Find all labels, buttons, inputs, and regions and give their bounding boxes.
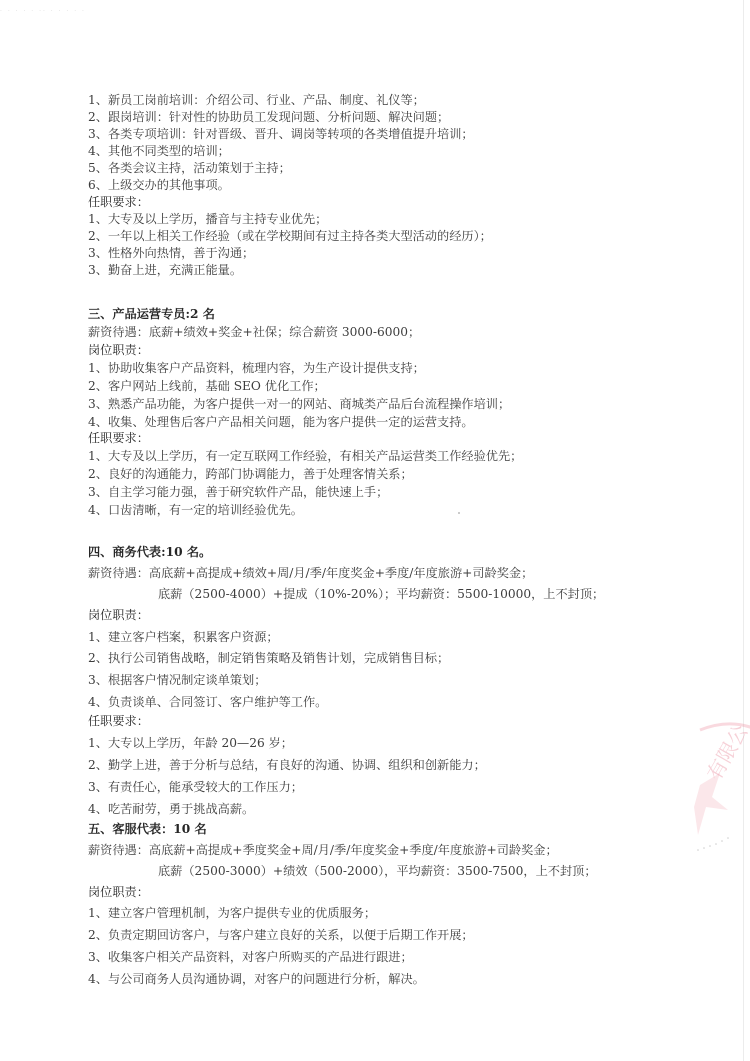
duty-item: 1、建立客户档案，积累客户资源； xyxy=(88,629,279,646)
duty-item: 2、客户网站上线前，基础 SEO 优化工作； xyxy=(88,378,326,395)
section-title: 五、客服代表：10 名 xyxy=(88,821,207,838)
salary-line: 薪资待遇：高底薪+高提成+绩效+周/月/季/年度奖金+季度/年度旅游+司龄奖金； xyxy=(88,565,533,582)
salary-line: 薪资待遇：高底薪+高提成+季度奖金+周/月/季/年度奖金+季度/年度旅游+司龄奖… xyxy=(88,842,558,859)
duty-item: 3、收集客户相关产品资料，对客户所购买的产品进行跟进； xyxy=(88,949,413,966)
requirement-item: 3、有责任心，能承受较大的工作压力； xyxy=(88,779,303,796)
duty-item: 5、各类会议主持，活动策划于主持； xyxy=(88,160,291,177)
seal-circle-icon xyxy=(690,715,750,865)
salary-line-detail: 底薪（2500-3000）+绩效（500-2000），平均薪资：3500-750… xyxy=(158,863,597,880)
requirement-item: 2、良好的沟通能力，跨部门协调能力，善于处理客情关系； xyxy=(88,466,413,483)
requirement-item: 2、勤学上进，善于分析与总结，有良好的沟通、协调、组织和创新能力； xyxy=(88,757,486,774)
duty-item: 2、跟岗培训：针对性的协助员工发现问题、分析问题、解决问题； xyxy=(88,109,449,126)
duty-item: 4、负责谈单、合同签订、客户维护等工作。 xyxy=(88,694,327,711)
requirements-label: 任职要求： xyxy=(88,713,149,730)
duty-item: 2、负责定期回访客户，与客户建立良好的关系，以便于后期工作开展； xyxy=(88,927,474,944)
requirement-item: 4、口齿清晰，有一定的培训经验优先。 xyxy=(88,502,303,519)
duties-label: 岗位职责： xyxy=(88,884,149,901)
scan-speck xyxy=(458,512,460,514)
salary-line-detail: 底薪（2500-4000）+提成（10%-20%）；平均薪资：5500-1000… xyxy=(158,586,604,603)
requirement-item: 3、勤奋上进，充满正能量。 xyxy=(88,262,242,279)
duty-item: 3、各类专项培训：针对晋级、晋升、调岗等转项的各类增值提升培训； xyxy=(88,126,474,143)
requirement-item: 4、吃苦耐劳，勇于挑战高薪。 xyxy=(88,801,254,818)
scanned-document-page: · · · · · ·· · · · · · 1、新员工岗前培训：介绍公司、行业… xyxy=(0,0,750,1061)
requirement-item: 2、一年以上相关工作经验（或在学校期间有过主持各类大型活动的经历）； xyxy=(88,228,492,245)
requirement-item: 3、自主学习能力强，善于研究软件产品，能快速上手； xyxy=(88,484,388,501)
duty-item: 1、协助收集客户产品资料，梳理内容，为生产设计提供支持； xyxy=(88,360,425,377)
requirements-label: 任职要求： xyxy=(88,194,149,211)
duty-item: 1、新员工岗前培训：介绍公司、行业、产品、制度、礼仪等； xyxy=(88,92,425,109)
duties-label: 岗位职责： xyxy=(88,607,149,624)
duty-item: 3、根据客户情况制定谈单策划； xyxy=(88,672,266,689)
requirements-label: 任职要求： xyxy=(88,430,149,447)
scan-noise: · · · · · ·· · · · · · xyxy=(0,8,740,14)
duty-item: 4、其他不同类型的培训； xyxy=(88,143,230,160)
section-title: 四、商务代表:10 名。 xyxy=(88,544,211,561)
requirement-item: 1、大专及以上学历，播音与主持专业优先； xyxy=(88,211,327,228)
salary-line: 薪资待遇：底薪+绩效+奖金+社保；综合薪资 3000-6000； xyxy=(88,324,420,341)
section-title: 三、产品运营专员:2 名 xyxy=(88,306,215,323)
duty-item: 4、与公司商务人员沟通协调，对客户的问题进行分析，解决。 xyxy=(88,971,425,988)
duty-item: 4、收集、处理售后客户产品相关问题，能为客户提供一定的运营支持。 xyxy=(88,414,474,431)
duty-item: 3、熟悉产品功能，为客户提供一对一的网站、商城类产品后台流程操作培训； xyxy=(88,396,510,413)
requirement-item: 1、大专以上学历，年龄 20—26 岁； xyxy=(88,735,293,752)
requirement-item: 1、大专及以上学历，有一定互联网工作经验，有相关产品运营类工作经验优先； xyxy=(88,448,522,465)
duty-item: 1、建立客户管理机制，为客户提供专业的优质服务； xyxy=(88,905,376,922)
page-edge xyxy=(743,0,744,1061)
duties-label: 岗位职责： xyxy=(88,342,149,359)
requirement-item: 3、性格外向热情，善于沟通； xyxy=(88,245,254,262)
duty-item: 6、上级交办的其他事项。 xyxy=(88,177,230,194)
company-seal-stamp: 有限公 xyxy=(690,715,750,865)
duty-item: 2、执行公司销售战略，制定销售策略及销售计划，完成销售目标； xyxy=(88,650,449,667)
